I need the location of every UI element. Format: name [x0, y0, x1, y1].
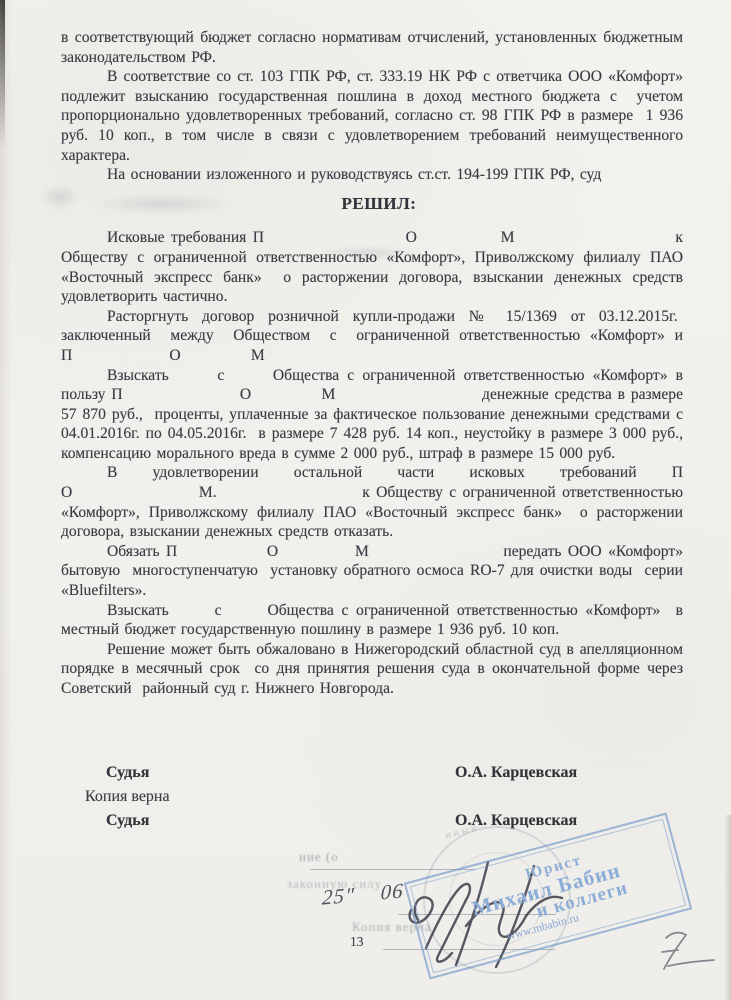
body-paragraph: На основании изложенного и руководствуяс… — [61, 165, 683, 185]
document-page: в соответствующий бюджет согласно нормат… — [0, 0, 731, 1000]
signature-row: Судья О.А. Карцевская — [61, 761, 683, 785]
page-number: 13 — [350, 934, 364, 950]
body-paragraph: В удовлетворении остальной части исковых… — [61, 463, 683, 541]
body-paragraph: Расторгнуть договор розничной купли-прод… — [61, 307, 683, 366]
document-body: в соответствующий бюджет согласно нормат… — [61, 28, 683, 699]
signature-block: Судья О.А. Карцевская Копия верна Судья … — [61, 761, 683, 833]
watermark-subtitle: и коллеги — [534, 877, 630, 923]
body-paragraph: Взыскать с Общества с ограниченной ответ… — [61, 601, 683, 640]
handwritten-date-day: 25" — [322, 883, 356, 910]
scan-left-shadow — [0, 0, 12, 1000]
body-paragraph: в соответствующий бюджет согласно нормат… — [61, 28, 683, 67]
ghost-stamp-fragment: ние (о — [299, 849, 339, 865]
corner-pencil-mark — [646, 926, 718, 980]
date-gap — [355, 899, 381, 901]
body-paragraph: Решение может быть обжаловано в Нижегоро… — [61, 640, 683, 699]
watermark-name: Михаил Бабин — [469, 857, 623, 921]
body-paragraph: Обязать П О М передать ООО «Комфорт» быт… — [61, 542, 683, 601]
judge-label: Судья — [106, 812, 149, 829]
signature-row: Копия верна — [61, 785, 683, 809]
body-paragraph: Исковые требования П О М к Обществу с ог… — [61, 228, 683, 306]
watermark-url: www.mbabin.ru — [506, 912, 581, 943]
scan-right-shadow — [724, 815, 731, 1000]
watermark-title: Юрист — [524, 852, 584, 883]
body-paragraph: Взыскать с Общества с ограниченной ответ… — [61, 366, 683, 464]
decision-heading: РЕШИЛ: — [75, 194, 683, 214]
signature-row: Судья О.А. Карцевская — [61, 809, 683, 833]
judge-label: Судья — [106, 764, 149, 781]
judge-name: О.А. Карцевская — [455, 761, 577, 785]
copy-true-note: Копия верна — [85, 788, 170, 805]
body-paragraph: В соответствие со ст. 103 ГПК РФ, ст. 33… — [61, 67, 683, 165]
